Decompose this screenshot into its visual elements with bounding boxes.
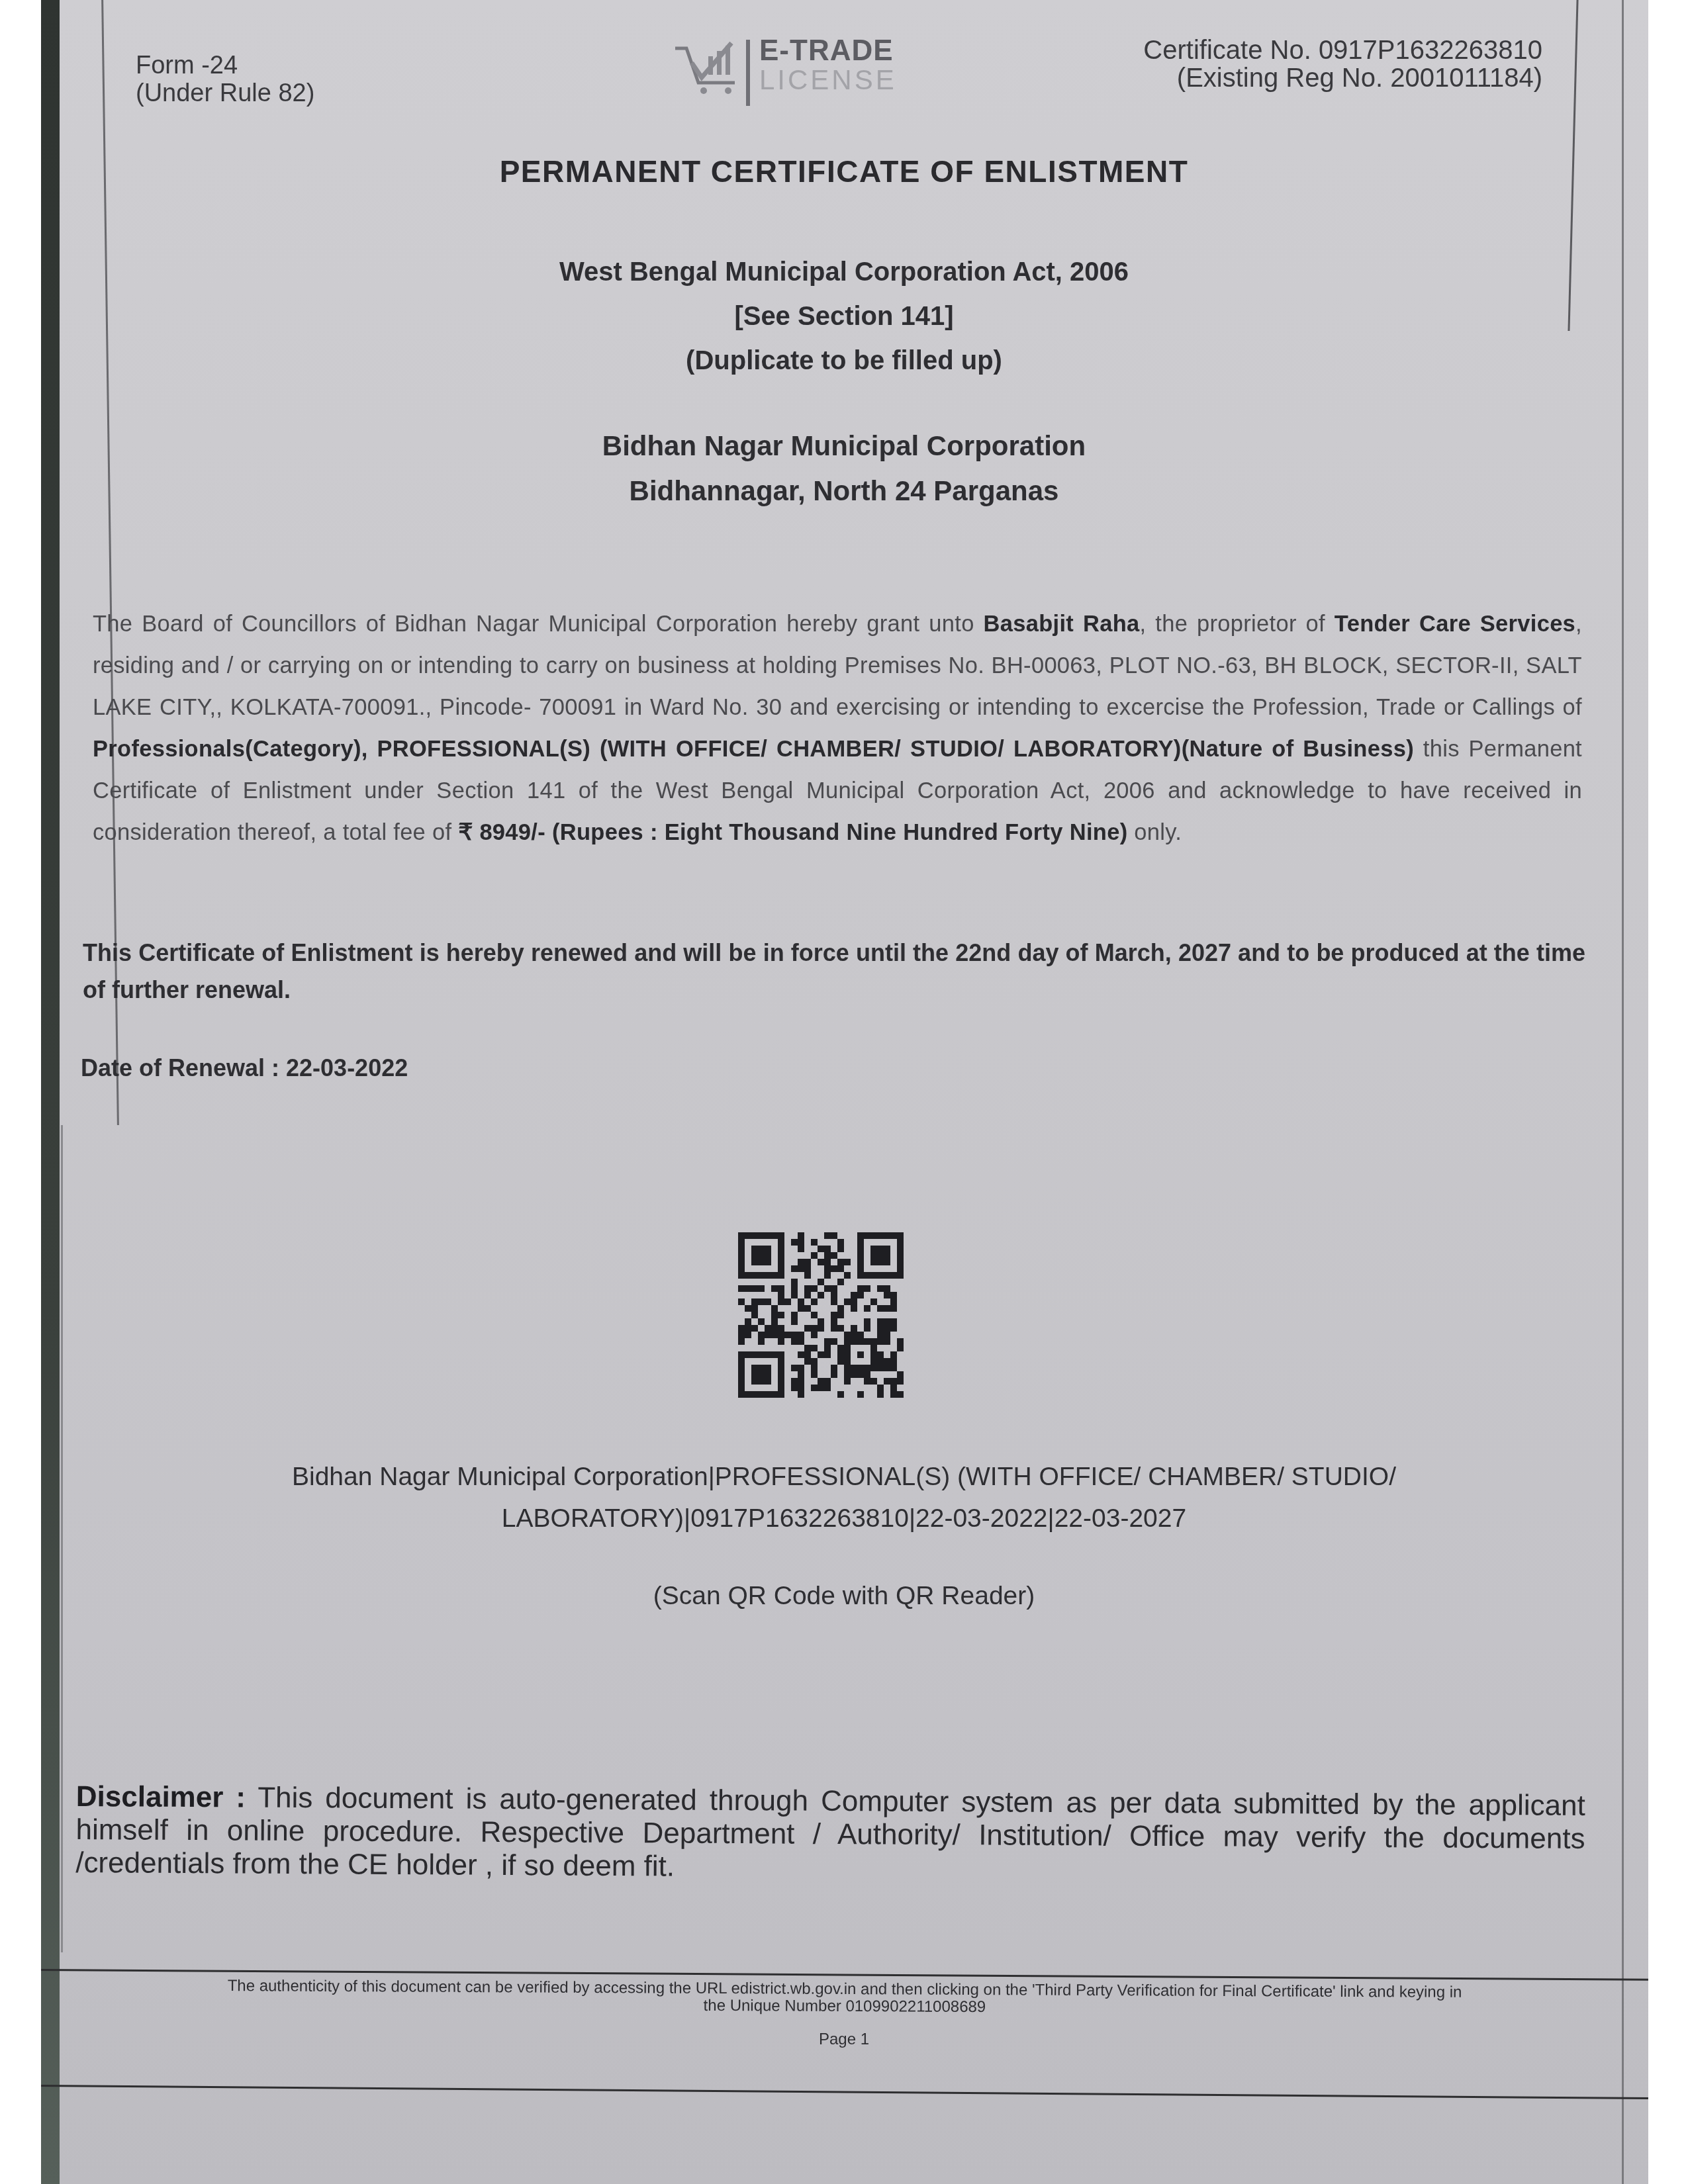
grant-text: only. xyxy=(1127,820,1182,845)
scan-instruction: (Scan QR Code with QR Reader) xyxy=(0,1582,1688,1611)
act-section: [See Section 141] xyxy=(0,295,1688,339)
rule-label: (Under Rule 82) xyxy=(136,79,314,107)
page-number: Page 1 xyxy=(0,2030,1688,2049)
cart-check-icon xyxy=(672,36,758,109)
duplicate-note: (Duplicate to be filled up) xyxy=(0,339,1688,383)
certificate-number: Certificate No. 0917P1632263810 xyxy=(1143,36,1542,64)
document-title: PERMANENT CERTIFICATE OF ENLISTMENT xyxy=(0,154,1688,189)
fee-amount: ₹ 8949/- (Rupees : Eight Thousand Nine H… xyxy=(458,820,1127,845)
disclaimer: Disclaimer : This document is auto-gener… xyxy=(75,1780,1585,1889)
qr-code-icon[interactable] xyxy=(738,1232,904,1398)
qr-caption: Bidhan Nagar Municipal Corporation|PROFE… xyxy=(0,1456,1688,1539)
grant-paragraph: The Board of Councillors of Bidhan Nagar… xyxy=(93,604,1582,854)
logo-line2: LICENSE xyxy=(759,66,897,95)
etrade-license-logo: E-TRADE LICENSE xyxy=(672,36,897,109)
form-label: Form -24 xyxy=(136,52,314,79)
business-category: Professionals(Category), PROFESSIONAL(S)… xyxy=(93,737,1414,762)
logo-line1: E-TRADE xyxy=(759,36,897,66)
act-name: West Bengal Municipal Corporation Act, 2… xyxy=(0,250,1688,295)
business-name: Tender Care Services xyxy=(1335,612,1575,637)
grant-text: The Board of Councillors of Bidhan Nagar… xyxy=(93,612,984,637)
proprietor-name: Basabjit Raha xyxy=(984,612,1140,637)
qr-caption-line2: LABORATORY)|0917P1632263810|22-03-2022|2… xyxy=(0,1498,1688,1539)
corporation-location: Bidhannagar, North 24 Parganas xyxy=(0,469,1688,514)
disclaimer-label: Disclaimer : xyxy=(76,1780,246,1814)
grant-text: , the proprietor of xyxy=(1140,612,1335,637)
disclaimer-text: This document is auto-generated through … xyxy=(75,1782,1585,1883)
qr-caption-line1: Bidhan Nagar Municipal Corporation|PROFE… xyxy=(0,1456,1688,1498)
certificate-number-block: Certificate No. 0917P1632263810 (Existin… xyxy=(1143,36,1542,92)
issuing-authority: Bidhan Nagar Municipal Corporation Bidha… xyxy=(0,424,1688,514)
corporation-name: Bidhan Nagar Municipal Corporation xyxy=(0,424,1688,469)
renewal-date: Date of Renewal : 22-03-2022 xyxy=(81,1054,408,1082)
act-reference: West Bengal Municipal Corporation Act, 2… xyxy=(0,250,1688,383)
renewal-statement: This Certificate of Enlistment is hereby… xyxy=(83,934,1585,1009)
form-number: Form -24 (Under Rule 82) xyxy=(136,52,314,107)
existing-reg-number: (Existing Reg No. 2001011184) xyxy=(1143,64,1542,92)
